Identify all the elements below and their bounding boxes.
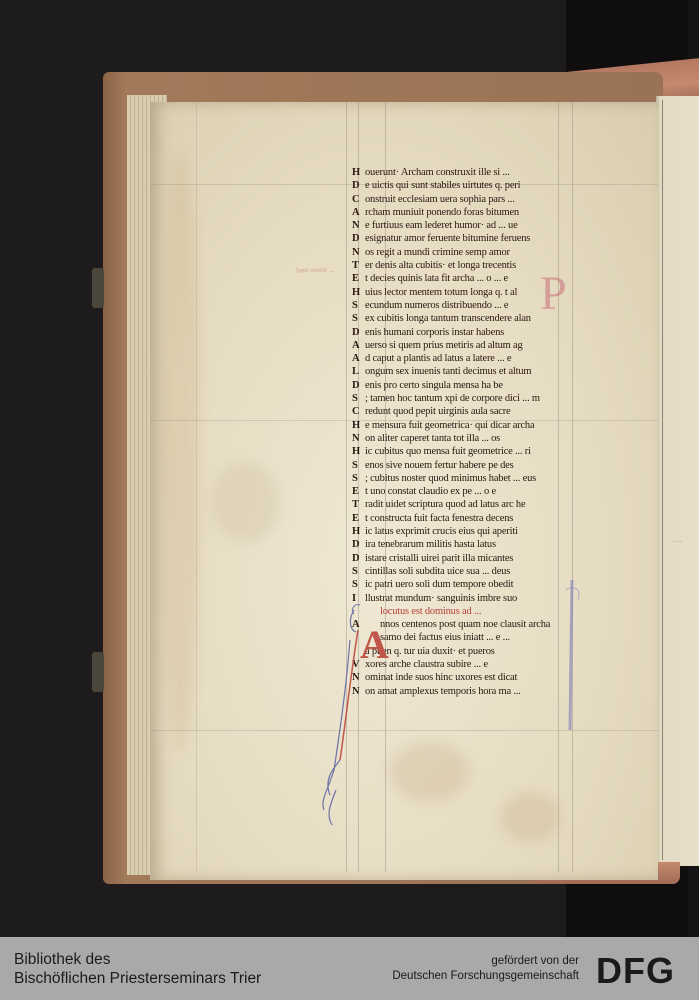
text-line: Construit ecclesiam uera sophia pars ... [352, 193, 562, 206]
manuscript-text-column: Houerunt· Archam construxit ille si ... … [352, 166, 562, 698]
text-line: Ad caput a plantis ad latus a latere ...… [352, 352, 562, 365]
text-line: Credunt quod pepit uirginis aula sacre [352, 405, 562, 418]
text-line: Denis humani corporis instar habens [352, 326, 562, 339]
text-line: Sex cubitis longa tantum transcendere al… [352, 312, 562, 325]
text-line: Illustrat mundum· sanguinis imbre suo [352, 592, 562, 605]
ruling-line [572, 102, 573, 872]
text-line: Auerso si quem prius metiris ad altum ag [352, 339, 562, 352]
text-line: Scintillas soli subdita uice sua ... deu… [352, 565, 562, 578]
text-line: S; cubitus noster quod minimus habet ...… [352, 472, 562, 485]
footer-bar: Bibliothek des Bischöflichen Priestersem… [0, 937, 699, 1000]
manuscript-viewer[interactable]: Iusti noster ... ... ... P Houerunt· Arc… [0, 0, 699, 937]
text-line: Hic latus exprimit crucis eius qui aperi… [352, 525, 562, 538]
text-line: Et uno constat claudio ex pe ... o e [352, 485, 562, 498]
text-line: Distare cristalli uirei parit illa mican… [352, 552, 562, 565]
marginal-gloss-left: Iusti noster ... [296, 266, 334, 275]
ruling-line [196, 102, 197, 872]
text-line: Dira tenebrarum militis hasta latus [352, 538, 562, 551]
text-line: Non amat amplexus temporis hora ma ... [352, 685, 562, 698]
pen-flourish-icon [310, 600, 370, 830]
dfg-logo: DFG [596, 954, 675, 988]
text-line: Secundum numeros distribuendo ... e [352, 299, 562, 312]
marginal-gloss-right: ... ... [672, 538, 683, 544]
clasp-lower-icon [92, 652, 104, 692]
funding-line1: gefördert von der [392, 954, 579, 969]
funding-credit: gefördert von der Deutschen Forschungsge… [392, 954, 579, 984]
text-line: Denis pro certo singula mensa ha be [352, 379, 562, 392]
text-line: S; tamen hoc tantum xpi de corpore dici … [352, 392, 562, 405]
text-line: Nominat inde suos hinc uxores est dicat [352, 671, 562, 684]
rubric-line: locutus est dominus ad ... [352, 605, 562, 618]
text-line: Nos regit a mundi crimine semp amor [352, 246, 562, 259]
library-name-line2: Bischöflichen Priesterseminars Trier [14, 969, 261, 988]
text-line: Huius lector mentem totum longa q. t al [352, 286, 562, 299]
text-line: Ne furtiuus eam lederet humor· ad ... ue [352, 219, 562, 232]
funding-line2: Deutschen Forschungsgemeinschaft [392, 969, 579, 984]
text-line: Designatur amor feruente bitumine feruen… [352, 232, 562, 245]
text-line: De uictis qui sunt stabiles uirtutes q. … [352, 179, 562, 192]
library-name-line1: Bibliothek des [14, 950, 261, 969]
text-line: Et decies quinis lata fit archa ... o ..… [352, 272, 562, 285]
pen-flourish-icon [560, 580, 590, 740]
gutter-line [662, 100, 663, 860]
text-line: Tradit uidet scriptura quod ad latus arc… [352, 498, 562, 511]
text-line: Sic patri uero soli dum tempore obedit [352, 578, 562, 591]
text-line: Houerunt· Archam construxit ille si ... [352, 166, 562, 179]
library-credit: Bibliothek des Bischöflichen Priestersem… [14, 950, 261, 988]
text-line: Ter denis alta cubitis· et longa trecent… [352, 259, 562, 272]
text-line: Senos sive nouem fertur habere pe des [352, 459, 562, 472]
text-line: Non aliter caperet tanta tot illa ... os [352, 432, 562, 445]
clasp-upper-icon [92, 268, 104, 308]
text-line: Longum sex inuenis tanti decimus et altu… [352, 365, 562, 378]
text-line: Archam muniuit ponendo foras bitumen [352, 206, 562, 219]
text-line: He mensura fuit geometrica· qui dicar ar… [352, 419, 562, 432]
text-line: Hic cubitus quo mensa fuit geometrice ..… [352, 445, 562, 458]
text-line: Et constructa fuit facta fenestra decens [352, 512, 562, 525]
